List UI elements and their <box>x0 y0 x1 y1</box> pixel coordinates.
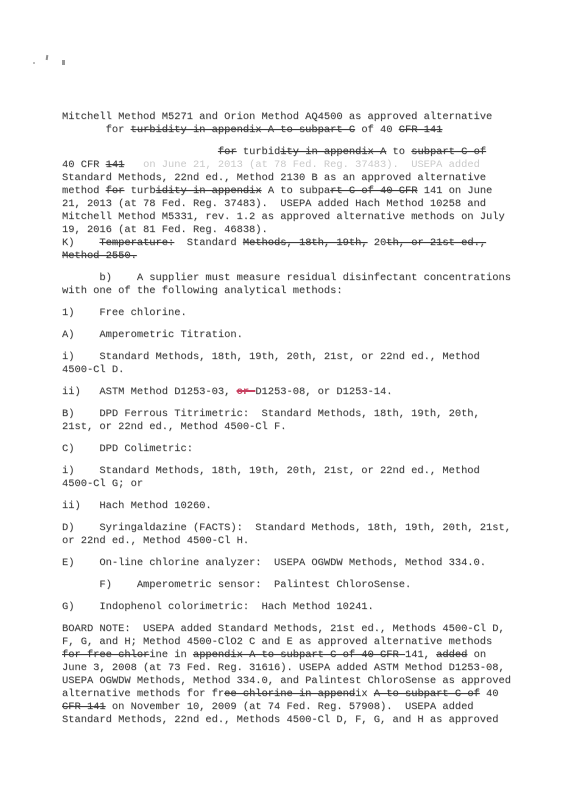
text-line: 1) Free chlorine. <box>62 307 548 320</box>
text-line: b) A supplier must measure residual disi… <box>62 272 548 285</box>
text-line: CFR 141 on November 10, 2009 (at 74 Fed.… <box>62 701 548 714</box>
text-segment: with one of the following analytical met… <box>62 285 343 297</box>
text-segment: 20 <box>368 237 387 249</box>
text-line: F) Amperometric sensor: Palintest Chloro… <box>62 579 548 592</box>
scan-speck <box>33 62 35 64</box>
text-line: BOARD NOTE: USEPA added Standard Methods… <box>62 623 548 636</box>
struck-text: A to subpart C of <box>374 688 480 700</box>
text-segment: D1253-08, or D1253-14. <box>255 386 392 398</box>
text-segment: ii) Hach Method 10260. <box>62 500 212 512</box>
struck-text: rt C of 40 CFR <box>330 185 417 197</box>
text-segment: turbid <box>237 146 281 158</box>
red-struck-text: or <box>237 386 256 398</box>
text-line: C) DPD Colimetric: <box>62 443 548 456</box>
text-segment: G) Indophenol colorimetric: Hach Method … <box>62 601 374 613</box>
text-line: E) On-line chlorine analyzer: USEPA OGWD… <box>62 557 548 570</box>
text-segment: D) Syringaldazine (FACTS): Standard Meth… <box>62 522 511 534</box>
text-segment: C) DPD Colimetric: <box>62 443 193 455</box>
blank-line <box>62 377 548 386</box>
text-segment: Mitchell Method M5331, rev. 1.2 as appro… <box>62 211 505 223</box>
text-line: K) Temperature: Standard Methods, 18th, … <box>62 237 548 250</box>
blank-line <box>62 513 548 522</box>
blank-line <box>62 570 548 579</box>
text-segment: for <box>62 124 131 136</box>
blank-line <box>62 320 548 329</box>
blank-line <box>62 491 548 500</box>
text-line: 21, 2013 (at 78 Fed. Reg. 37483). USEPA … <box>62 198 548 211</box>
blank-line <box>62 456 548 465</box>
document-page: Mitchell Method M5271 and Orion Method A… <box>62 111 548 727</box>
text-line: USEPA OGWDW Methods, Method 334.0, and P… <box>62 675 548 688</box>
blank-line <box>62 342 548 351</box>
text-segment: K) <box>62 237 99 249</box>
text-line: D) Syringaldazine (FACTS): Standard Meth… <box>62 522 548 535</box>
struck-text: ity in appendix A <box>280 146 386 158</box>
text-segment: A) Amperometric Titration. <box>62 329 243 341</box>
text-line: method for turbidity in appendix A to su… <box>62 185 548 198</box>
text-segment: 1) Free chlorine. <box>62 307 187 319</box>
struck-text: Methods, 18th, 19th, <box>243 237 368 249</box>
text-line: ii) ASTM Method D1253-03, or D1253-08, o… <box>62 386 548 399</box>
text-segment: to <box>386 146 411 158</box>
text-line: i) Standard Methods, 18th, 19th, 20th, 2… <box>62 465 548 478</box>
text-line: F, G, and H; Method 4500-ClO2 C and E as… <box>62 636 548 649</box>
text-segment: or 22nd ed., Method 4500-Cl H. <box>62 535 249 547</box>
text-segment: ii) ASTM Method D1253-03, <box>62 386 237 398</box>
text-line: June 3, 2008 (at 73 Fed. Reg. 31616). US… <box>62 662 548 675</box>
text-segment: turb <box>124 185 155 197</box>
struck-text: turbidity in appendix A to subpart C <box>131 124 355 136</box>
scan-speck <box>46 55 48 60</box>
text-segment: B) DPD Ferrous Titrimetric: Standard Met… <box>62 408 480 420</box>
blank-line <box>62 298 548 307</box>
struck-text: for <box>106 185 125 197</box>
text-segment: 141 on June <box>417 185 492 197</box>
text-line: for turbidity in appendix A to subpart C… <box>62 146 548 159</box>
struck-text: ee chlorine in append <box>224 688 355 700</box>
text-segment: June 3, 2008 (at 73 Fed. Reg. 31616). US… <box>62 662 505 674</box>
text-line: B) DPD Ferrous Titrimetric: Standard Met… <box>62 408 548 421</box>
text-segment: 40 CFR <box>62 159 106 171</box>
text-line: 4500-Cl G; or <box>62 478 548 491</box>
text-segment: b) A supplier must measure residual disi… <box>62 272 511 284</box>
text-segment: 19, 2016 (at 81 Fed. Reg. 46838). <box>62 224 268 236</box>
scan-speck <box>62 60 65 65</box>
text-line: 4500-Cl D. <box>62 364 548 377</box>
text-line: Mitchell Method M5331, rev. 1.2 as appro… <box>62 211 548 224</box>
blank-line <box>62 137 548 146</box>
text-segment: Mitchell Method M5271 and Orion Method A… <box>62 111 492 123</box>
blank-line <box>62 614 548 623</box>
blank-line <box>62 434 548 443</box>
text-segment: 40 <box>480 688 499 700</box>
struck-text: added <box>436 649 467 661</box>
text-line: for turbidity in appendix A to subpart C… <box>62 124 548 137</box>
text-segment <box>62 146 218 158</box>
text-line: 40 CFR 141 on June 21, 2013 (at 78 Fed. … <box>62 159 548 172</box>
text-line: 21st, or 22nd ed., Method 4500-Cl F. <box>62 421 548 434</box>
text-segment: F, G, and H; Method 4500-ClO2 C and E as… <box>62 636 492 648</box>
text-segment: Standard Methods, 22nd ed., Methods 4500… <box>62 714 498 726</box>
struck-text: CFR 141 <box>62 701 106 713</box>
text-segment: of 40 <box>355 124 399 136</box>
text-segment: i) Standard Methods, 18th, 19th, 20th, 2… <box>62 351 480 363</box>
text-segment: 21st, or 22nd ed., Method 4500-Cl F. <box>62 421 286 433</box>
text-segment: 4500-Cl G; or <box>62 478 143 490</box>
text-line: 19, 2016 (at 81 Fed. Reg. 46838). <box>62 224 548 237</box>
text-line: ii) Hach Method 10260. <box>62 500 548 513</box>
text-line: or 22nd ed., Method 4500-Cl H. <box>62 535 548 548</box>
text-line: A) Amperometric Titration. <box>62 329 548 342</box>
struck-text: idity in appendix <box>156 185 262 197</box>
struck-text: Method 2550. <box>62 250 137 262</box>
blank-line <box>62 399 548 408</box>
text-line: Method 2550. <box>62 250 548 263</box>
text-segment: ine in <box>149 649 193 661</box>
text-line: Mitchell Method M5271 and Orion Method A… <box>62 111 548 124</box>
text-segment: BOARD NOTE: USEPA added Standard Methods… <box>62 623 505 635</box>
struck-text: for <box>218 146 237 158</box>
text-segment: 4500-Cl D. <box>62 364 124 376</box>
scanned-document: Mitchell Method M5271 and Orion Method A… <box>0 0 566 800</box>
struck-text: for free chlor <box>62 649 149 661</box>
blank-line <box>62 592 548 601</box>
text-line: with one of the following analytical met… <box>62 285 548 298</box>
blank-line <box>62 263 548 272</box>
text-segment: USEPA OGWDW Methods, Method 334.0, and P… <box>62 675 511 687</box>
struck-text: CFR 141 <box>399 124 443 136</box>
struck-text: Temperature: <box>99 237 174 249</box>
text-segment: on <box>467 649 486 661</box>
text-segment: method <box>62 185 106 197</box>
text-segment: Standard Methods, 22nd ed., Method 2130 … <box>62 172 486 184</box>
struck-text: 141 <box>106 159 125 171</box>
text-line: for free chlorine in appendix A to subpa… <box>62 649 548 662</box>
text-segment: 21, 2013 (at 78 Fed. Reg. 37483). USEPA … <box>62 198 486 210</box>
faint-text: on June 21, 2013 (at 78 Fed. Reg. 37483)… <box>143 159 480 171</box>
text-segment: ix <box>355 688 374 700</box>
text-segment: 141, <box>405 649 436 661</box>
text-segment <box>124 159 143 171</box>
struck-text: th, or 21st ed., <box>386 237 486 249</box>
struck-text: subpart C of <box>411 146 486 158</box>
text-segment: Standard <box>174 237 243 249</box>
text-segment: F) Amperometric sensor: Palintest Chloro… <box>62 579 411 591</box>
text-line: G) Indophenol colorimetric: Hach Method … <box>62 601 548 614</box>
text-segment: E) On-line chlorine analyzer: USEPA OGWD… <box>62 557 486 569</box>
blank-line <box>62 548 548 557</box>
text-line: Standard Methods, 22nd ed., Method 2130 … <box>62 172 548 185</box>
text-segment: on November 10, 2009 (at 74 Fed. Reg. 57… <box>106 701 474 713</box>
text-segment: A to subpa <box>262 185 331 197</box>
text-line: Standard Methods, 22nd ed., Methods 4500… <box>62 714 548 727</box>
text-line: i) Standard Methods, 18th, 19th, 20th, 2… <box>62 351 548 364</box>
text-line: alternative methods for free chlorine in… <box>62 688 548 701</box>
struck-text: appendix A to subpart C of 40 CFR <box>193 649 405 661</box>
text-segment: alternative methods for fr <box>62 688 224 700</box>
text-segment: i) Standard Methods, 18th, 19th, 20th, 2… <box>62 465 480 477</box>
